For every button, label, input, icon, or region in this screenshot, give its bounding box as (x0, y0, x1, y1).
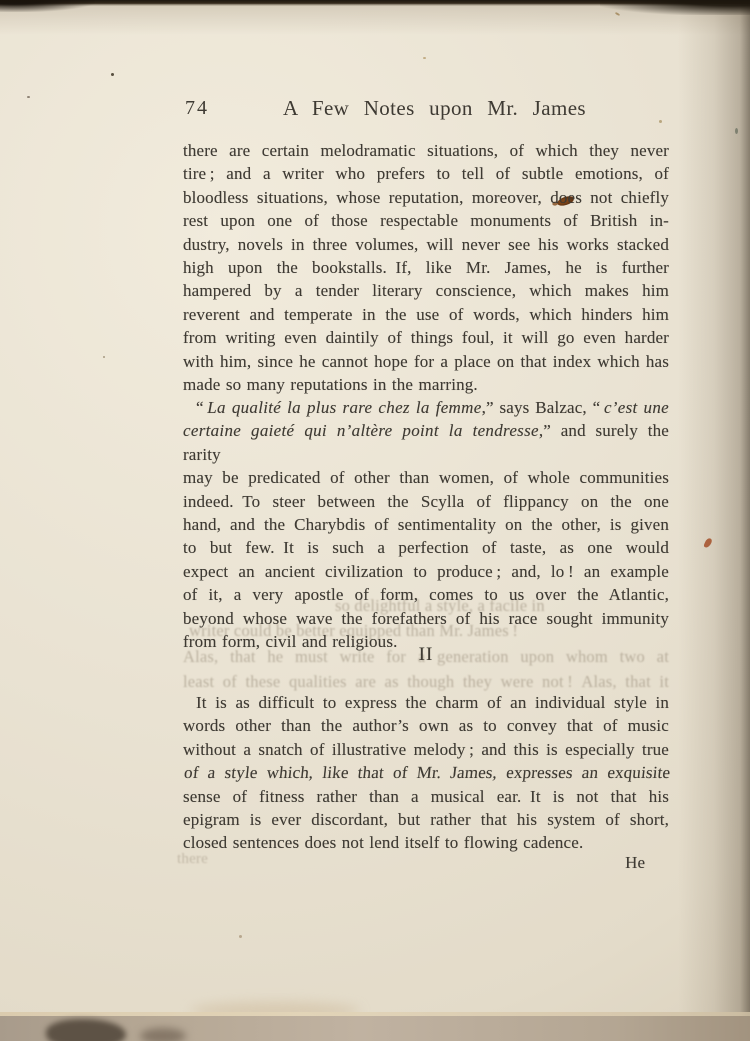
text-line: rest upon one of those respectable monum… (183, 209, 669, 232)
text-line: closed sentences does not lend itself to… (183, 831, 669, 854)
text-line: to but few. It is such a perfection of t… (183, 536, 669, 559)
text-line: expect an ancient civilization to produc… (183, 560, 669, 583)
text-line: of it, a very apostle of form, comes to … (183, 583, 669, 606)
text-line: may be predicated of other than women, o… (183, 466, 669, 489)
edge-light-smudge (140, 1028, 186, 1041)
page-number: 74 (185, 97, 209, 120)
scan-top-left-corner (0, 0, 95, 12)
text-line: It is as difficult to express the charm … (183, 691, 669, 714)
text-line: high upon the bookstalls. If, like Mr. J… (183, 256, 669, 279)
text-line: tire ; and a writer who prefers to tell … (183, 162, 669, 185)
text-line: without a snatch of illustrative melody … (183, 738, 669, 761)
text-line: from writing even daintily of things fou… (183, 326, 669, 349)
text-line: dustry, novels in three volumes, will ne… (183, 233, 669, 256)
book-page-scan: so delightful a style, a facile in write… (0, 0, 750, 1041)
running-title: A Few Notes upon Mr. James (283, 96, 586, 121)
text-line: there are certain melodramatic situation… (183, 139, 669, 162)
paper-speck (111, 73, 114, 76)
paragraph: It is as difficult to express the charm … (183, 691, 669, 855)
text-line: “ La qualité la plus rare chez la femme,… (183, 396, 669, 419)
text-line: hand, and the Charybdis of sentimentalit… (183, 513, 669, 536)
text-line: reverent and temperate in the use of wor… (183, 303, 669, 326)
scan-top-right-corner (600, 0, 750, 15)
paper-speck (103, 356, 105, 358)
paragraph: there are certain melodramatic situation… (183, 139, 669, 396)
text-line: certaine gaieté qui n’altère point la te… (183, 419, 669, 466)
paper-speck (27, 96, 30, 98)
text-line: indeed. To steer between the Scylla of f… (183, 490, 669, 513)
paper-speck (423, 57, 426, 59)
text-line: beyond whose wave the forefathers of his… (183, 607, 669, 630)
paper-speck (239, 935, 242, 938)
catchword: He (183, 853, 645, 873)
page-curl-shadow (678, 0, 750, 1041)
text-line: words other than the author’s own as to … (183, 714, 669, 737)
paragraph: “ La qualité la plus rare chez la femme,… (183, 396, 669, 653)
text-line: made so many reputations in the marring. (183, 373, 669, 396)
text-line: hampered by a tender literary conscience… (183, 279, 669, 302)
text-line: with him, since he cannot hope for a pla… (183, 350, 669, 373)
text-line: bloodless situations, whose reputation, … (183, 186, 669, 209)
section-heading: II (183, 644, 669, 666)
text-line: epigram is ever discordant, but rather t… (183, 808, 669, 831)
text-line: sense of fitness rather than a musical e… (183, 785, 669, 808)
text-line: of a style which, like that of Mr. James… (183, 761, 671, 784)
running-head: 74 A Few Notes upon Mr. James (183, 96, 669, 122)
